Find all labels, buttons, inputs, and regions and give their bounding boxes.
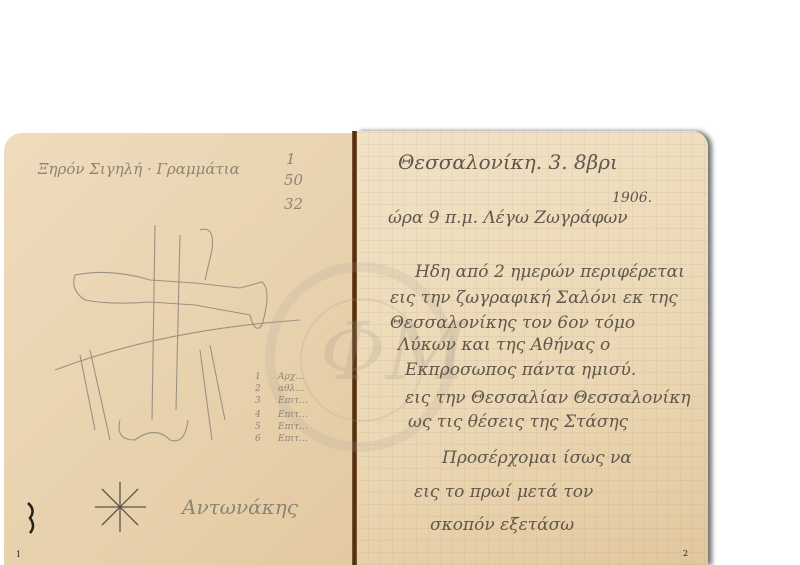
entry-line: Ηδη από 2 ημερών περιφέρεται	[415, 262, 685, 282]
bracket-mark	[28, 503, 33, 533]
asterisk-sketch	[95, 482, 146, 532]
right-page-number: 2	[683, 549, 688, 558]
entry-line: Θεσσαλονίκης τον 6ον τόμο	[390, 313, 635, 333]
entry-line: σκοπόν εξετάσω	[430, 515, 574, 535]
entry-line: ως τις θέσεις της Στάσης	[408, 412, 628, 432]
entry-heading: Θεσσαλονίκη. 3. 8βρι	[398, 150, 618, 174]
entry-line: εις το πρωί μετά τον	[414, 482, 593, 502]
entry-line: εις την Θεσσαλίαν Θεσσαλονίκη	[405, 388, 691, 408]
airplane-sketch	[0, 0, 800, 565]
entry-line: Προσέρχομαι ίσως να	[442, 448, 632, 468]
entry-line: Λύκων και της Αθήνας ο	[398, 335, 610, 355]
entry-line: εις την ζωγραφική Σαλόνι εκ της	[390, 288, 678, 308]
entry-line: Εκπροσωπος πάντα ημισύ.	[405, 360, 636, 380]
entry-line: ώρα 9 π.μ. Λέγω Ζωγράφων	[388, 208, 628, 228]
entry-year: 1906.	[612, 190, 652, 206]
